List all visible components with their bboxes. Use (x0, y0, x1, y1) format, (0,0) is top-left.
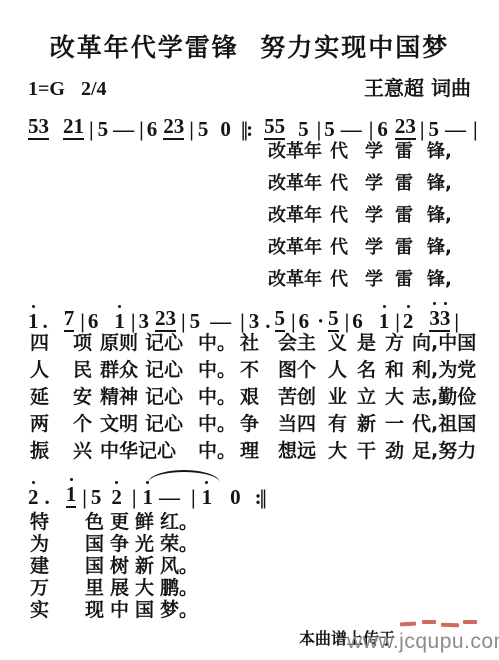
lyric-syllable: 代 (330, 142, 348, 162)
barline: | (369, 119, 372, 140)
lyric-syllable: 原则 (100, 333, 138, 354)
note-token: 6 (147, 119, 158, 140)
lyric-syllable: 光 (135, 534, 154, 555)
octave-dot (444, 302, 447, 305)
note-token: 7 (64, 308, 75, 332)
lyric-syllable: 想远 (278, 441, 316, 462)
lyric-syllable: 大 (385, 387, 404, 408)
watermark: www.jcqupu.com (347, 630, 499, 654)
note-token: 1 (66, 464, 77, 508)
lyric-syllable: 代 (330, 174, 348, 194)
lyric-syllable: 人 (30, 360, 49, 381)
lyric-syllable: 理 (240, 441, 259, 462)
lyric-syllable: 争 (110, 534, 129, 555)
note-token: 55 (264, 116, 285, 140)
note-token: 33 (429, 288, 450, 332)
barline: | (89, 119, 92, 140)
barline: ||: (241, 119, 251, 140)
barline: | (82, 487, 85, 508)
lyric-syllable: 人 (328, 360, 347, 381)
lyric-syllable: 记心 (145, 333, 183, 354)
note-token: 3 (249, 311, 260, 332)
lyric-syllable: 中。 (198, 360, 236, 381)
lyric-syllable: 学 (365, 142, 383, 162)
lyric-syllable: 锋, (427, 238, 452, 258)
augmentation-dot: . (265, 311, 270, 332)
time-signature: 2/4 (81, 78, 107, 100)
lyric-syllable: 里 (85, 578, 104, 599)
lyric-syllable: 锋, (427, 174, 452, 194)
lyric-syllable: 中。 (198, 414, 236, 435)
lyric-syllable: 学 (365, 270, 383, 290)
lyric-syllable: 雷 (395, 270, 413, 290)
octave-dot (383, 305, 386, 308)
duration-dash: — (210, 311, 230, 332)
barline: :|| (255, 487, 265, 508)
lyric-syllable: 锋, (427, 206, 452, 226)
note-token: 5 (324, 119, 335, 140)
barline: | (191, 487, 194, 508)
lyric-syllable: 四 (30, 333, 49, 354)
octave-dot (407, 305, 410, 308)
lyric-syllable: 学 (365, 238, 383, 258)
footer: 本曲谱上传于 www.jcqupu.com (0, 618, 499, 660)
lyric-syllable: 记心 (145, 360, 183, 381)
note-token: 5 (429, 119, 440, 140)
lyric-syllable: 展 (110, 578, 129, 599)
lyric-syllable: 树 (110, 556, 129, 577)
lyric-syllable: 鲜 (135, 512, 154, 533)
barline: | (80, 311, 83, 332)
lyric-syllable: 万 (30, 578, 49, 599)
duration-dash: — (445, 119, 465, 140)
barline: | (395, 311, 398, 332)
lyric-syllable: 立 (357, 387, 376, 408)
lyric-row: 特色更鲜红。 (0, 512, 499, 534)
duration-dash: — (159, 487, 179, 508)
note-token: 3 (139, 311, 150, 332)
lyric-syllable: 雷 (395, 142, 413, 162)
barline: | (454, 311, 457, 332)
barline: | (131, 311, 134, 332)
lyric-syllable: 苦创 (278, 387, 316, 408)
composer-credit: 王意超 词曲 (364, 72, 471, 101)
lyric-syllable: 记心 (145, 414, 183, 435)
notation-line-1: 5321|5—|623|50||:555|5—|623|5—| (28, 104, 482, 140)
lyric-syllable: 群众 (100, 360, 138, 381)
lyric-syllable: 劲 (385, 441, 404, 462)
lyric-syllable: 兴 (73, 441, 92, 462)
lyric-syllable: 大 (135, 578, 154, 599)
note-token: 5 (190, 311, 201, 332)
barline: | (345, 311, 348, 332)
barline: | (181, 311, 184, 332)
notation-line-3: 2.1|52|1—|10:|| (28, 472, 271, 508)
note-token: 5 (328, 308, 339, 332)
lyric-syllable: 特 (30, 512, 49, 533)
augmentation-dot: · (317, 311, 324, 332)
barline: | (420, 119, 423, 140)
lyric-row: 延安精神记心中。艰苦创业立大志,勤俭 (0, 387, 499, 414)
lyric-row: 为国争光荣。 (0, 534, 499, 556)
lyric-syllable: 锋, (427, 270, 452, 290)
note-token: 53 (28, 116, 49, 140)
lyric-syllable: 改革年 (268, 142, 322, 162)
lyric-syllable: 民 (73, 360, 92, 381)
lyric-syllable: 名 (357, 360, 376, 381)
lyric-syllable: 项 (73, 333, 92, 354)
lyric-syllable: 义 (328, 333, 347, 354)
sheet-music-page: 改革年代学雷锋 努力实现中国梦 1=G2/4 王意超 词曲 5321|5—|62… (0, 0, 499, 660)
lyric-syllable: 图个 (278, 360, 316, 381)
octave-dot (115, 481, 118, 484)
lyric-syllable: 鹏。 (160, 578, 198, 599)
lyric-syllable: 荣。 (160, 534, 198, 555)
lyric-syllable: 是 (357, 333, 376, 354)
lyric-syllable: 色 (85, 512, 104, 533)
lyric-syllable: 为 (30, 534, 49, 555)
lyric-row: 两个文明记心中。争当四有新一代,祖国 (0, 414, 499, 441)
lyric-syllable: 振 (30, 441, 49, 462)
lyric-row: 万里展大鹏。 (0, 578, 499, 600)
duration-dash: — (113, 119, 133, 140)
lyric-syllable: 当四 (278, 414, 316, 435)
note-token: 23 (155, 308, 176, 332)
note-token: 2 (111, 467, 122, 508)
barline: | (139, 119, 142, 140)
lyric-syllable: 不 (240, 360, 259, 381)
lyric-syllable: 改革年 (268, 270, 322, 290)
lyric-syllable: 记心 (145, 387, 183, 408)
lyric-syllable: 代 (330, 238, 348, 258)
lyric-syllable: 干 (357, 441, 376, 462)
note-token: 1 (143, 467, 154, 508)
lyric-syllable: 方 (385, 333, 404, 354)
lyric-syllable: 锋, (427, 142, 452, 162)
note-token: 5 (275, 308, 286, 332)
lyric-syllable: 新 (135, 556, 154, 577)
song-title: 改革年代学雷锋 努力实现中国梦 (0, 28, 499, 64)
barline: | (240, 311, 243, 332)
octave-dot (32, 305, 35, 308)
note-token: 6 (88, 311, 99, 332)
lyric-syllable: 大 (328, 441, 347, 462)
lyric-syllable: 有 (328, 414, 347, 435)
octave-dot (118, 305, 121, 308)
lyric-syllable: 文明 (100, 414, 138, 435)
lyric-syllable: 中。 (198, 387, 236, 408)
note-token: 21 (63, 116, 84, 140)
note-token: 23 (163, 116, 184, 140)
barline: | (317, 119, 320, 140)
note-token: 5 (298, 119, 309, 140)
note-token: 1 (114, 291, 125, 332)
note-token: 6 (352, 311, 363, 332)
barline: | (189, 119, 192, 140)
note-token: 6 (299, 311, 310, 332)
augmentation-dot: . (45, 487, 50, 508)
lyric-row: 四项原则记心中。社会主义是方向,中国 (0, 333, 499, 360)
lyric-syllable: 利,为党 (412, 360, 476, 381)
note-token: 5 (98, 119, 109, 140)
lyric-syllable: 社 (240, 333, 259, 354)
note-token: 5 (198, 119, 209, 140)
lyric-block-ending: 特色更鲜红。为国争光荣。建国树新风。万里展大鹏。实现中国梦。 (0, 512, 499, 622)
lyric-row: 建国树新风。 (0, 556, 499, 578)
lyric-syllable: 改革年 (268, 174, 322, 194)
lyric-syllable: 中华记心 (100, 441, 176, 462)
lyric-row: 改革年代学雷锋, (0, 206, 499, 238)
barline: | (473, 119, 476, 140)
note-token: 1 (379, 291, 390, 332)
note-token: 1 (28, 291, 39, 332)
lyric-syllable: 雷 (395, 174, 413, 194)
lyric-syllable: 个 (73, 414, 92, 435)
lyric-syllable: 代,祖国 (412, 414, 476, 435)
note-token: 2 (403, 291, 414, 332)
lyric-syllable: 风。 (160, 556, 198, 577)
lyric-syllable: 一 (385, 414, 404, 435)
lyric-syllable: 足,努力 (412, 441, 476, 462)
key-time-signature: 1=G2/4 (28, 78, 107, 101)
duration-dash: — (341, 119, 361, 140)
meta-row: 1=G2/4 王意超 词曲 (28, 72, 471, 101)
rest-token: 0 (220, 119, 231, 140)
barline: | (291, 311, 294, 332)
barline: | (132, 487, 135, 508)
lyric-syllable: 新 (357, 414, 376, 435)
lyric-syllable: 两 (30, 414, 49, 435)
lyric-syllable: 学 (365, 206, 383, 226)
note-token: 2 (28, 467, 39, 508)
lyric-syllable: 业 (328, 387, 347, 408)
lyric-syllable: 代 (330, 206, 348, 226)
note-token: 23 (395, 116, 416, 140)
lyric-syllable: 精神 (100, 387, 138, 408)
lyric-syllable: 艰 (240, 387, 259, 408)
lyric-syllable: 向,中国 (412, 333, 476, 354)
octave-dot (70, 478, 73, 481)
lyric-syllable: 雷 (395, 206, 413, 226)
lyric-syllable: 国 (85, 556, 104, 577)
lyric-block-verses: 四项原则记心中。社会主义是方向,中国人民群众记心中。不图个人名和利,为党延安精神… (0, 333, 499, 468)
lyric-block-repeat-phrase: 改革年代学雷锋,改革年代学雷锋,改革年代学雷锋,改革年代学雷锋,改革年代学雷锋, (0, 142, 499, 302)
rest-token: 0 (230, 487, 241, 508)
lyric-syllable: 和 (385, 360, 404, 381)
lyric-syllable: 代 (330, 270, 348, 290)
lyric-syllable: 中。 (198, 441, 236, 462)
lyric-syllable: 雷 (395, 238, 413, 258)
lyric-syllable: 延 (30, 387, 49, 408)
lyric-syllable: 争 (240, 414, 259, 435)
octave-dot (32, 481, 35, 484)
lyric-syllable: 安 (73, 387, 92, 408)
lyric-syllable: 学 (365, 174, 383, 194)
lyric-syllable: 改革年 (268, 206, 322, 226)
lyric-syllable: 志,勤俭 (412, 387, 476, 408)
lyric-syllable: 会主 (278, 333, 316, 354)
lyric-syllable: 改革年 (268, 238, 322, 258)
lyric-row: 改革年代学雷锋, (0, 142, 499, 174)
augmentation-dot: . (43, 311, 48, 332)
lyric-row: 改革年代学雷锋, (0, 238, 499, 270)
note-token: 5 (91, 487, 102, 508)
lyric-syllable: 更 (110, 512, 129, 533)
key-signature: 1=G (28, 78, 65, 100)
note-token: 6 (377, 119, 388, 140)
lyric-row: 改革年代学雷锋, (0, 174, 499, 206)
lyric-row: 人民群众记心中。不图个人名和利,为党 (0, 360, 499, 387)
lyric-syllable: 中。 (198, 333, 236, 354)
octave-dot (433, 302, 436, 305)
notation-line-2: 1.7|61|323|5—|3.5|6·5|61|233| (28, 296, 463, 332)
lyric-syllable: 国 (85, 534, 104, 555)
lyric-syllable: 红。 (160, 512, 198, 533)
lyric-syllable: 建 (30, 556, 49, 577)
